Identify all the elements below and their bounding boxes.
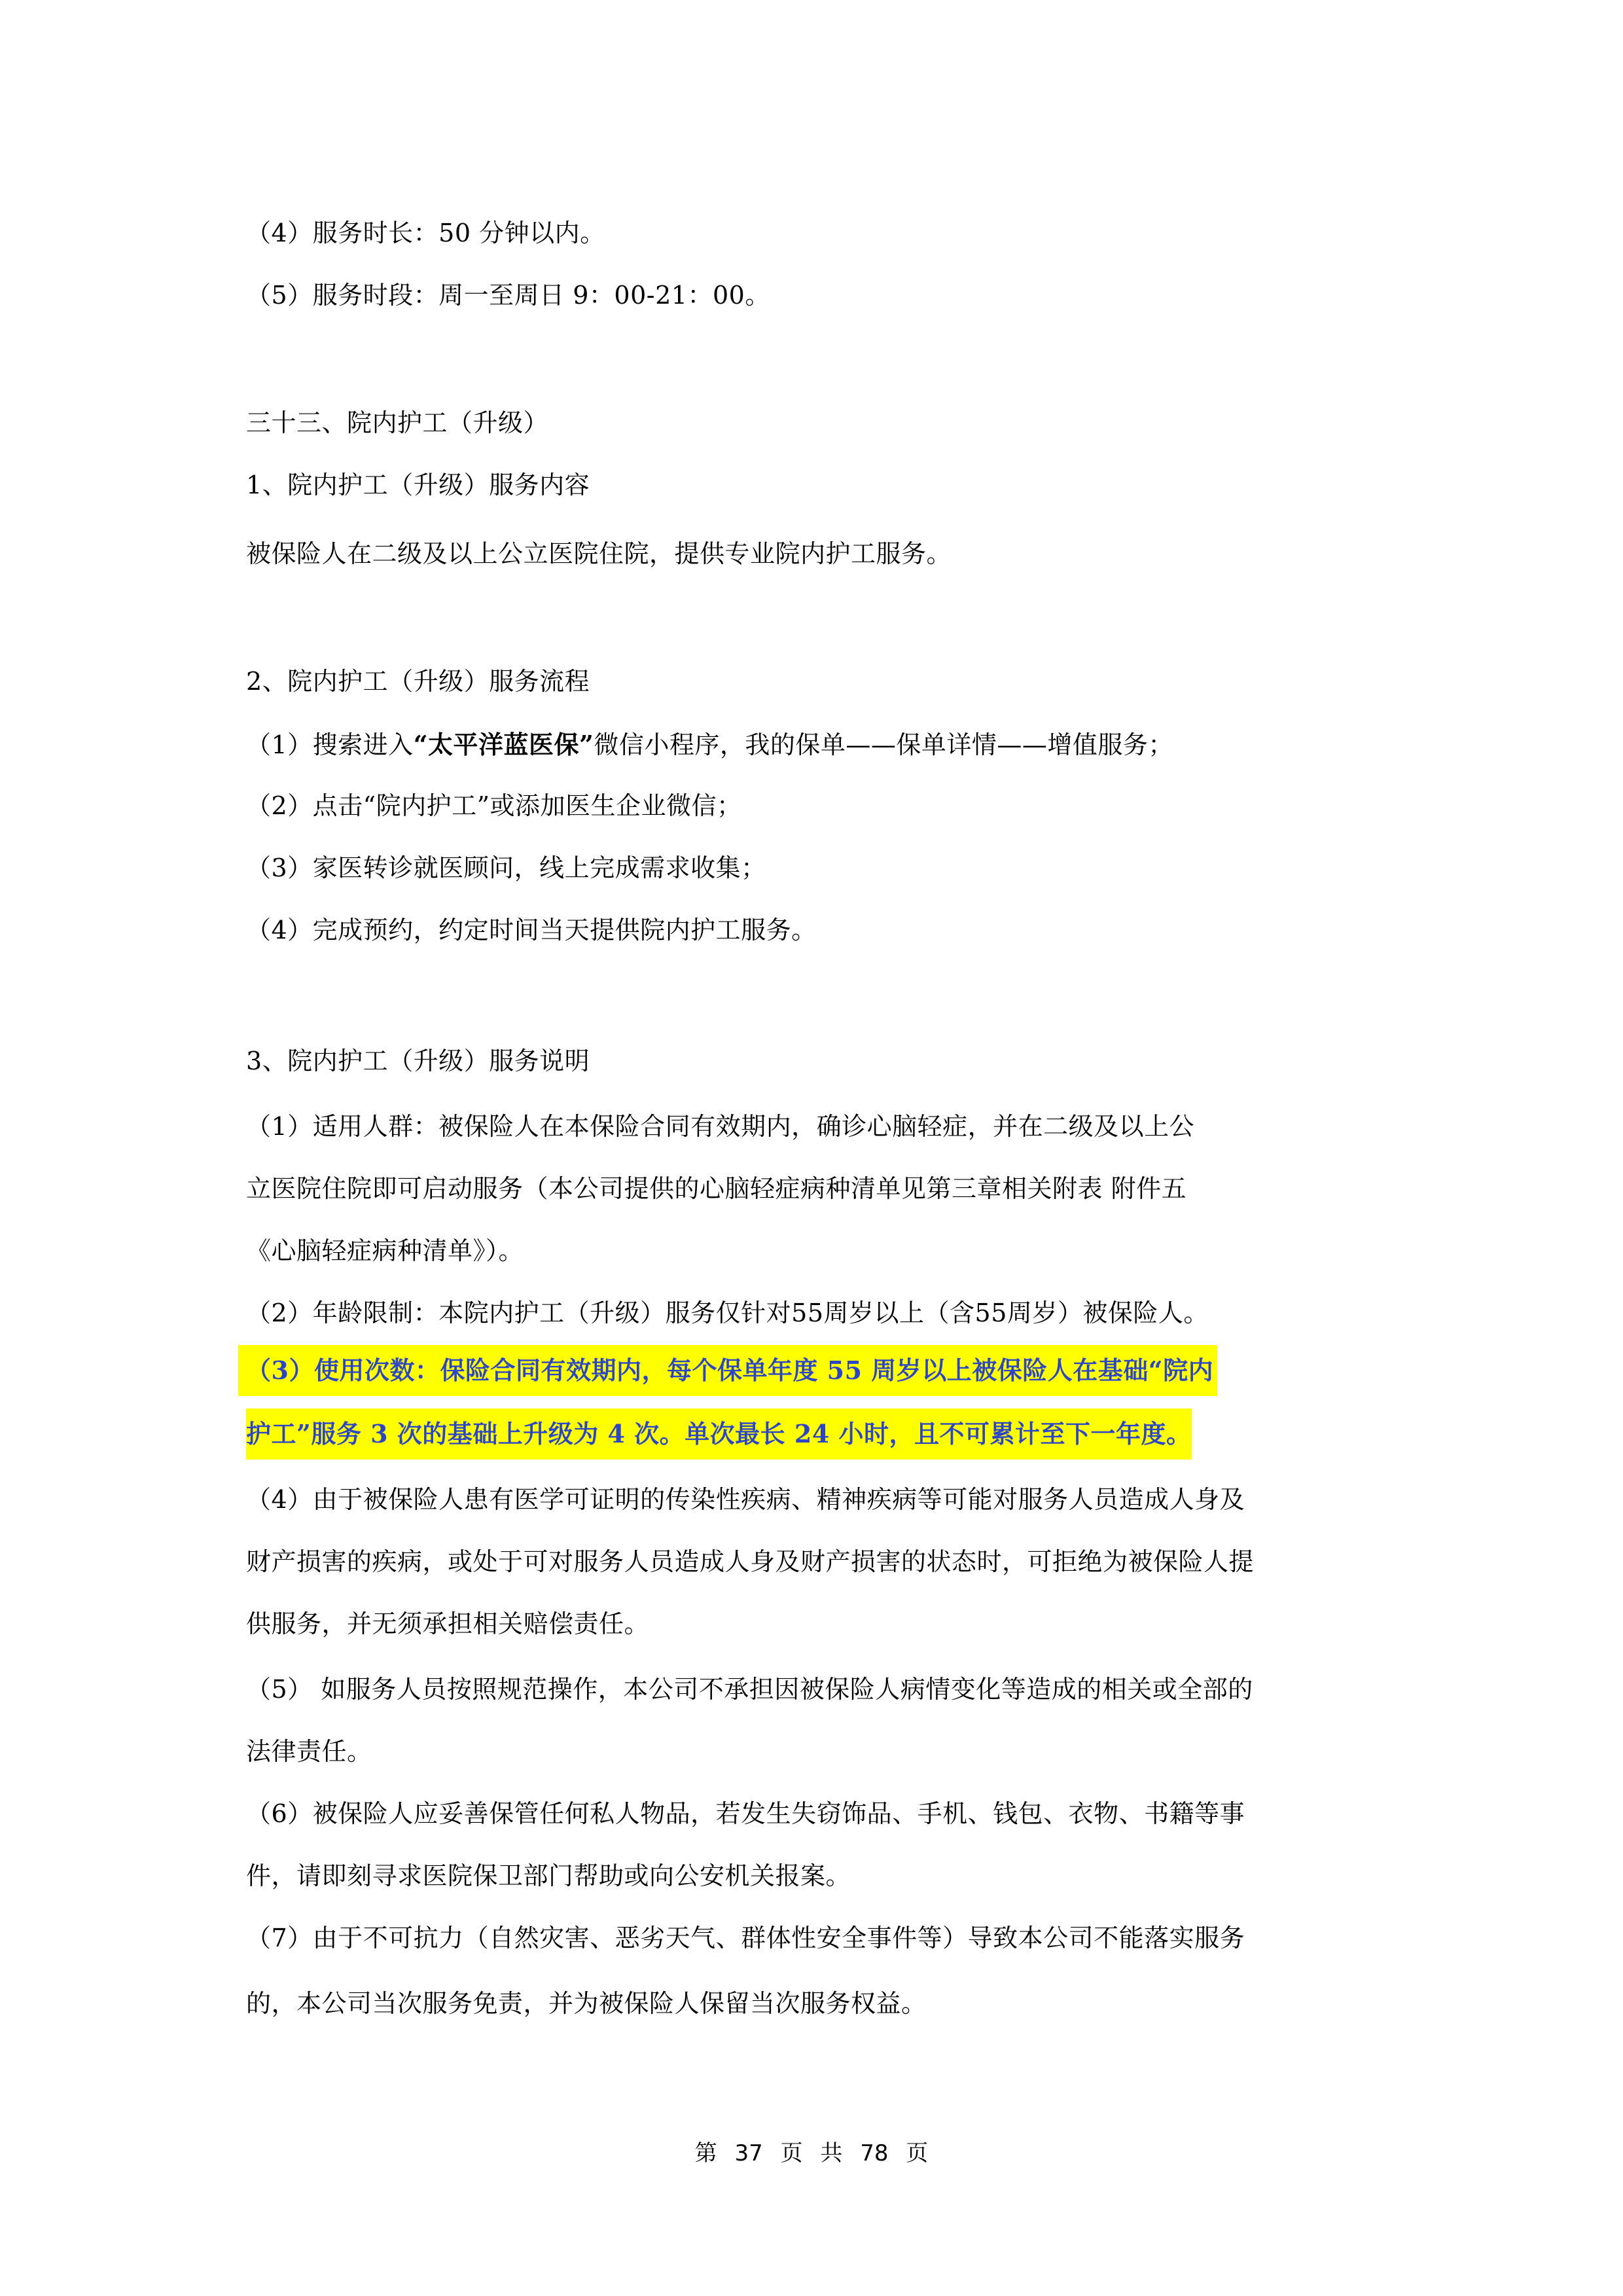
content-heading: 1、院内护工（升级）服务内容 (246, 468, 590, 502)
note-line: （2）年龄限制：本院内护工（升级）服务仅针对55周岁以上（含55周岁）被保险人。 (246, 1296, 1209, 1330)
note-line: （5） 如服务人员按照规范操作，本公司不承担因被保险人病情变化等造成的相关或全部… (246, 1672, 1253, 1706)
prev-item-4: （4）服务时长：50 分钟以内。 (246, 216, 605, 250)
note-line: 的，本公司当次服务免责，并为被保险人保留当次服务权益。 (246, 1986, 927, 2020)
step1-suffix: 微信小程序，我的保单——保单详情——增值服务； (594, 730, 1173, 759)
notes-heading: 3、院内护工（升级）服务说明 (246, 1044, 590, 1078)
note-line: （7）由于不可抗力（自然灾害、恶劣天气、群体性安全事件等）导致本公司不能落实服务 (246, 1921, 1245, 1955)
section-title: 三十三、院内护工（升级） (246, 406, 548, 440)
highlighted-note-line: （3）使用次数：保险合同有效期内，每个保单年度 55 周岁以上被保险人在基础“院… (238, 1345, 1217, 1396)
highlighted-note-line: 护工”服务 3 次的基础上升级为 4 次。单次最长 24 小时，且不可累计至下一… (246, 1408, 1192, 1460)
note-line: （1）适用人群：被保险人在本保险合同有效期内，确诊心脑轻症，并在二级及以上公 (246, 1109, 1194, 1143)
note-line: 《心脑轻症病种清单》）。 (246, 1234, 524, 1268)
process-step-2: （2）点击“院内护工”或添加医生企业微信； (246, 789, 742, 823)
process-step-4: （4）完成预约，约定时间当天提供院内护工服务。 (246, 913, 817, 947)
prev-item-5: （5）服务时段：周一至周日 9：00-21：00。 (246, 278, 770, 312)
process-step-3: （3）家医转诊就医顾问，线上完成需求收集； (246, 851, 766, 885)
app-name: “太平洋蓝医保” (414, 730, 594, 759)
process-heading: 2、院内护工（升级）服务流程 (246, 664, 590, 698)
note-line: 立医院住院即可启动服务（本公司提供的心脑轻症病种清单见第三章相关附表 附件五 (246, 1172, 1186, 1206)
note-line: （6）被保险人应妥善保管任何私人物品，若发生失窃饰品、手机、钱包、衣物、书籍等事 (246, 1797, 1245, 1831)
note-line: （4）由于被保险人患有医学可证明的传染性疾病、精神疾病等可能对服务人员造成人身及 (246, 1482, 1245, 1516)
note-line: 件，请即刻寻求医院保卫部门帮助或向公安机关报案。 (246, 1859, 851, 1893)
note-line: 财产损害的疾病，或处于可对服务人员造成人身及财产损害的状态时，可拒绝为被保险人提 (246, 1545, 1254, 1579)
step1-prefix: （1）搜索进入 (246, 730, 414, 759)
process-step-1: （1）搜索进入“太平洋蓝医保”微信小程序，我的保单——保单详情——增值服务； (246, 728, 1173, 762)
content-body: 被保险人在二级及以上公立医院住院，提供专业院内护工服务。 (246, 537, 952, 571)
note-line: 供服务，并无须承担相关赔偿责任。 (246, 1607, 649, 1641)
page-number: 第 37 页 共 78 页 (0, 2139, 1623, 2168)
note-line: 法律责任。 (246, 1734, 372, 1768)
